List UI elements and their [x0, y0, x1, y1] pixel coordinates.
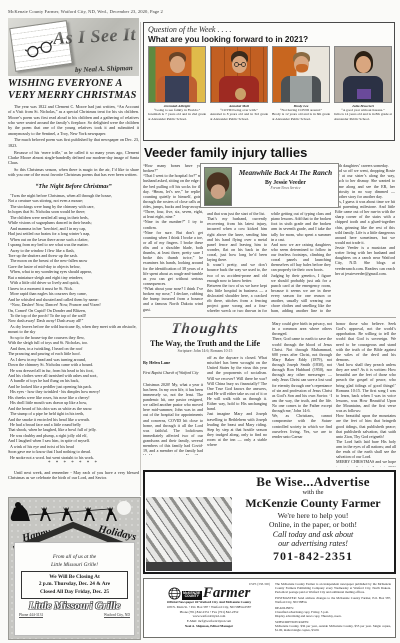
way-column-3: Mary could give birth in privacy, not in…: [272, 321, 332, 467]
usps-number: USPS (338-300): [249, 582, 270, 586]
qotw-entry: Brody Lee “Not having COVID around.” Bro…: [272, 46, 330, 122]
question-of-the-week-box: Question of the Week . . . . What are yo…: [143, 22, 395, 141]
way-column-4: honor those who believe. Seek God’s appr…: [336, 321, 396, 467]
person-face: [170, 56, 185, 73]
person-face: [356, 56, 371, 73]
as-i-see-it-graphic: As I See It by Neal A. Shipman: [8, 18, 139, 76]
glasses-icon: [24, 39, 56, 60]
postmaster-note: POSTMASTER: Send address changes to the …: [275, 596, 391, 604]
globe-icon: [168, 587, 181, 600]
asterisk-separator: * * * * * * *: [8, 461, 139, 466]
ad-from-line: Little Missouri Grille!: [15, 562, 134, 570]
masthead-box: USPS (338-300) McKENZIE COUNTY Farmer Of…: [143, 578, 396, 638]
veeder-headline: Veeder family injury tallies: [144, 145, 307, 160]
ad-from-line: From all of us at the: [15, 554, 134, 562]
ad-house-panel: From all of us at the Little Missouri Gr…: [14, 542, 135, 636]
subscription-rates: SUBSCRIPTION RATES: McKenzie County, $36…: [275, 620, 391, 632]
wishing-headline: WISHING EVERYONE A VERY MERRY CHRISTMAS: [8, 78, 139, 102]
way-byline: By Helen Lane: [143, 360, 203, 365]
wishing-paragraph: The year was 1822 and Clement C. Moore h…: [8, 104, 139, 136]
poem-text: ’Twas the night before Christmas, when a…: [8, 193, 139, 459]
face-mask: [296, 64, 308, 72]
section-divider: [143, 317, 396, 318]
way-truth-life-article: Thoughts The Way, the Truth and the Life…: [143, 321, 396, 467]
ad-headline: Be Wise...Advertise: [232, 475, 394, 489]
column-rule: [140, 22, 141, 496]
wishing-paragraph: So this Christmas season, when there is …: [8, 167, 139, 178]
rolled-newspapers-photo: [146, 497, 232, 571]
person-desc: Jeremiah is 7 years old and in 2nd grade…: [148, 112, 206, 121]
way-column-1: By Helen Lane First Baptist Church of Wa…: [143, 355, 203, 455]
publisher-statement: The McKenzie County Farmer is an indepen…: [275, 582, 391, 594]
person-desc: Annabel is 8 years old and in 3rd grade …: [210, 112, 268, 121]
meanwhile-back-at-the-ranch-box: Meanwhile Back At The Ranch By Jessie Ve…: [200, 163, 339, 208]
way-column-2: off as the daycare is closed. What misch…: [207, 355, 267, 455]
jessie-veeder-photo: [204, 167, 232, 206]
column-title: Meanwhile Back At The Ranch: [236, 169, 335, 178]
thoughts-logo: Thoughts: [142, 321, 268, 338]
ad-brand: McKenzie County Farmer: [232, 497, 394, 510]
column-logo-byline: by Neal A. Shipman: [75, 64, 133, 74]
qotw-photo-1: [148, 46, 206, 103]
wishing-closing: Until next week, and remember - May each…: [8, 470, 139, 494]
veeder-article: Meanwhile Back At The Ranch By Jessie Ve…: [143, 163, 396, 314]
veeder-column-4: both daughters’ careers someday. And so …: [335, 163, 395, 314]
column-logo-title: As I See It: [52, 24, 136, 49]
editor-name: Neal A. Shipman, Editor/Manager: [148, 624, 270, 629]
qotw-photo-3: [272, 46, 330, 103]
brand-mid: COUNTY: [183, 595, 200, 599]
reindeer-sweater-graphic: [235, 88, 246, 100]
qotw-question: What are you looking forward to in 2021?: [148, 35, 390, 44]
qotw-entry: Julia Bruccieri “A good year without Kar…: [334, 46, 392, 122]
column-source: Forum News Service: [236, 186, 335, 190]
ad-phone: 701-842-2351: [232, 550, 394, 563]
closing-notice: We Will Be Closing At 2 p.m. Thursday, D…: [21, 571, 128, 598]
qotw-photo-4: [334, 46, 392, 103]
be-wise-advertise-ad: Be Wise...Advertise with the McKenzie Co…: [143, 470, 396, 574]
poem-title: “The Night Before Christmas”: [8, 184, 139, 190]
veeder-column-1: “How many bones have you broken?” “That …: [143, 163, 203, 314]
person-desc: Julia is 14 years old and is in 8th grad…: [334, 112, 392, 121]
way-church: First Baptist Church of Watford City: [143, 371, 203, 376]
business-name: Little Missouri Grille: [15, 601, 134, 612]
wishing-paragraph: The much beloved poem was first publishe…: [8, 137, 139, 148]
page-folio: McKenzie County Farmer, Watford City, ND…: [8, 9, 163, 14]
deadlines: DEADLINES: Classified advertising copy, …: [275, 606, 391, 618]
business-phone: Phone 444-3131: [19, 613, 43, 618]
little-missouri-grille-ad: Happy Holidays From all of us at the Lit…: [8, 497, 141, 640]
qotw-photo-2: [210, 46, 268, 103]
eyeglasses-icon: [233, 62, 247, 67]
newspaper-page: McKenzie County Farmer, Watford City, ND…: [0, 0, 400, 643]
way-scripture: Scripture: John 14:6; Romans 10:15: [143, 349, 267, 353]
way-headline: The Way, the Truth and the Life: [143, 339, 267, 348]
qotw-kicker: Question of the Week . . . .: [148, 25, 390, 34]
qotw-entry: Jeremiah Albright “Going to see family i…: [148, 46, 206, 122]
hoodie-graphic: [357, 89, 371, 99]
person-desc: Brody is 12 years old and is in 6th grad…: [272, 112, 330, 121]
wishing-body: The year was 1822 and Clement C. Moore h…: [8, 104, 139, 182]
business-city: Watford City, ND: [104, 613, 130, 618]
brand-name: Farmer: [203, 587, 251, 601]
wishing-paragraph: Because of his ‘mere trifle,’ as he call…: [8, 150, 139, 166]
qotw-entry: Annabel Moll “COVID being over with.” An…: [210, 46, 268, 122]
